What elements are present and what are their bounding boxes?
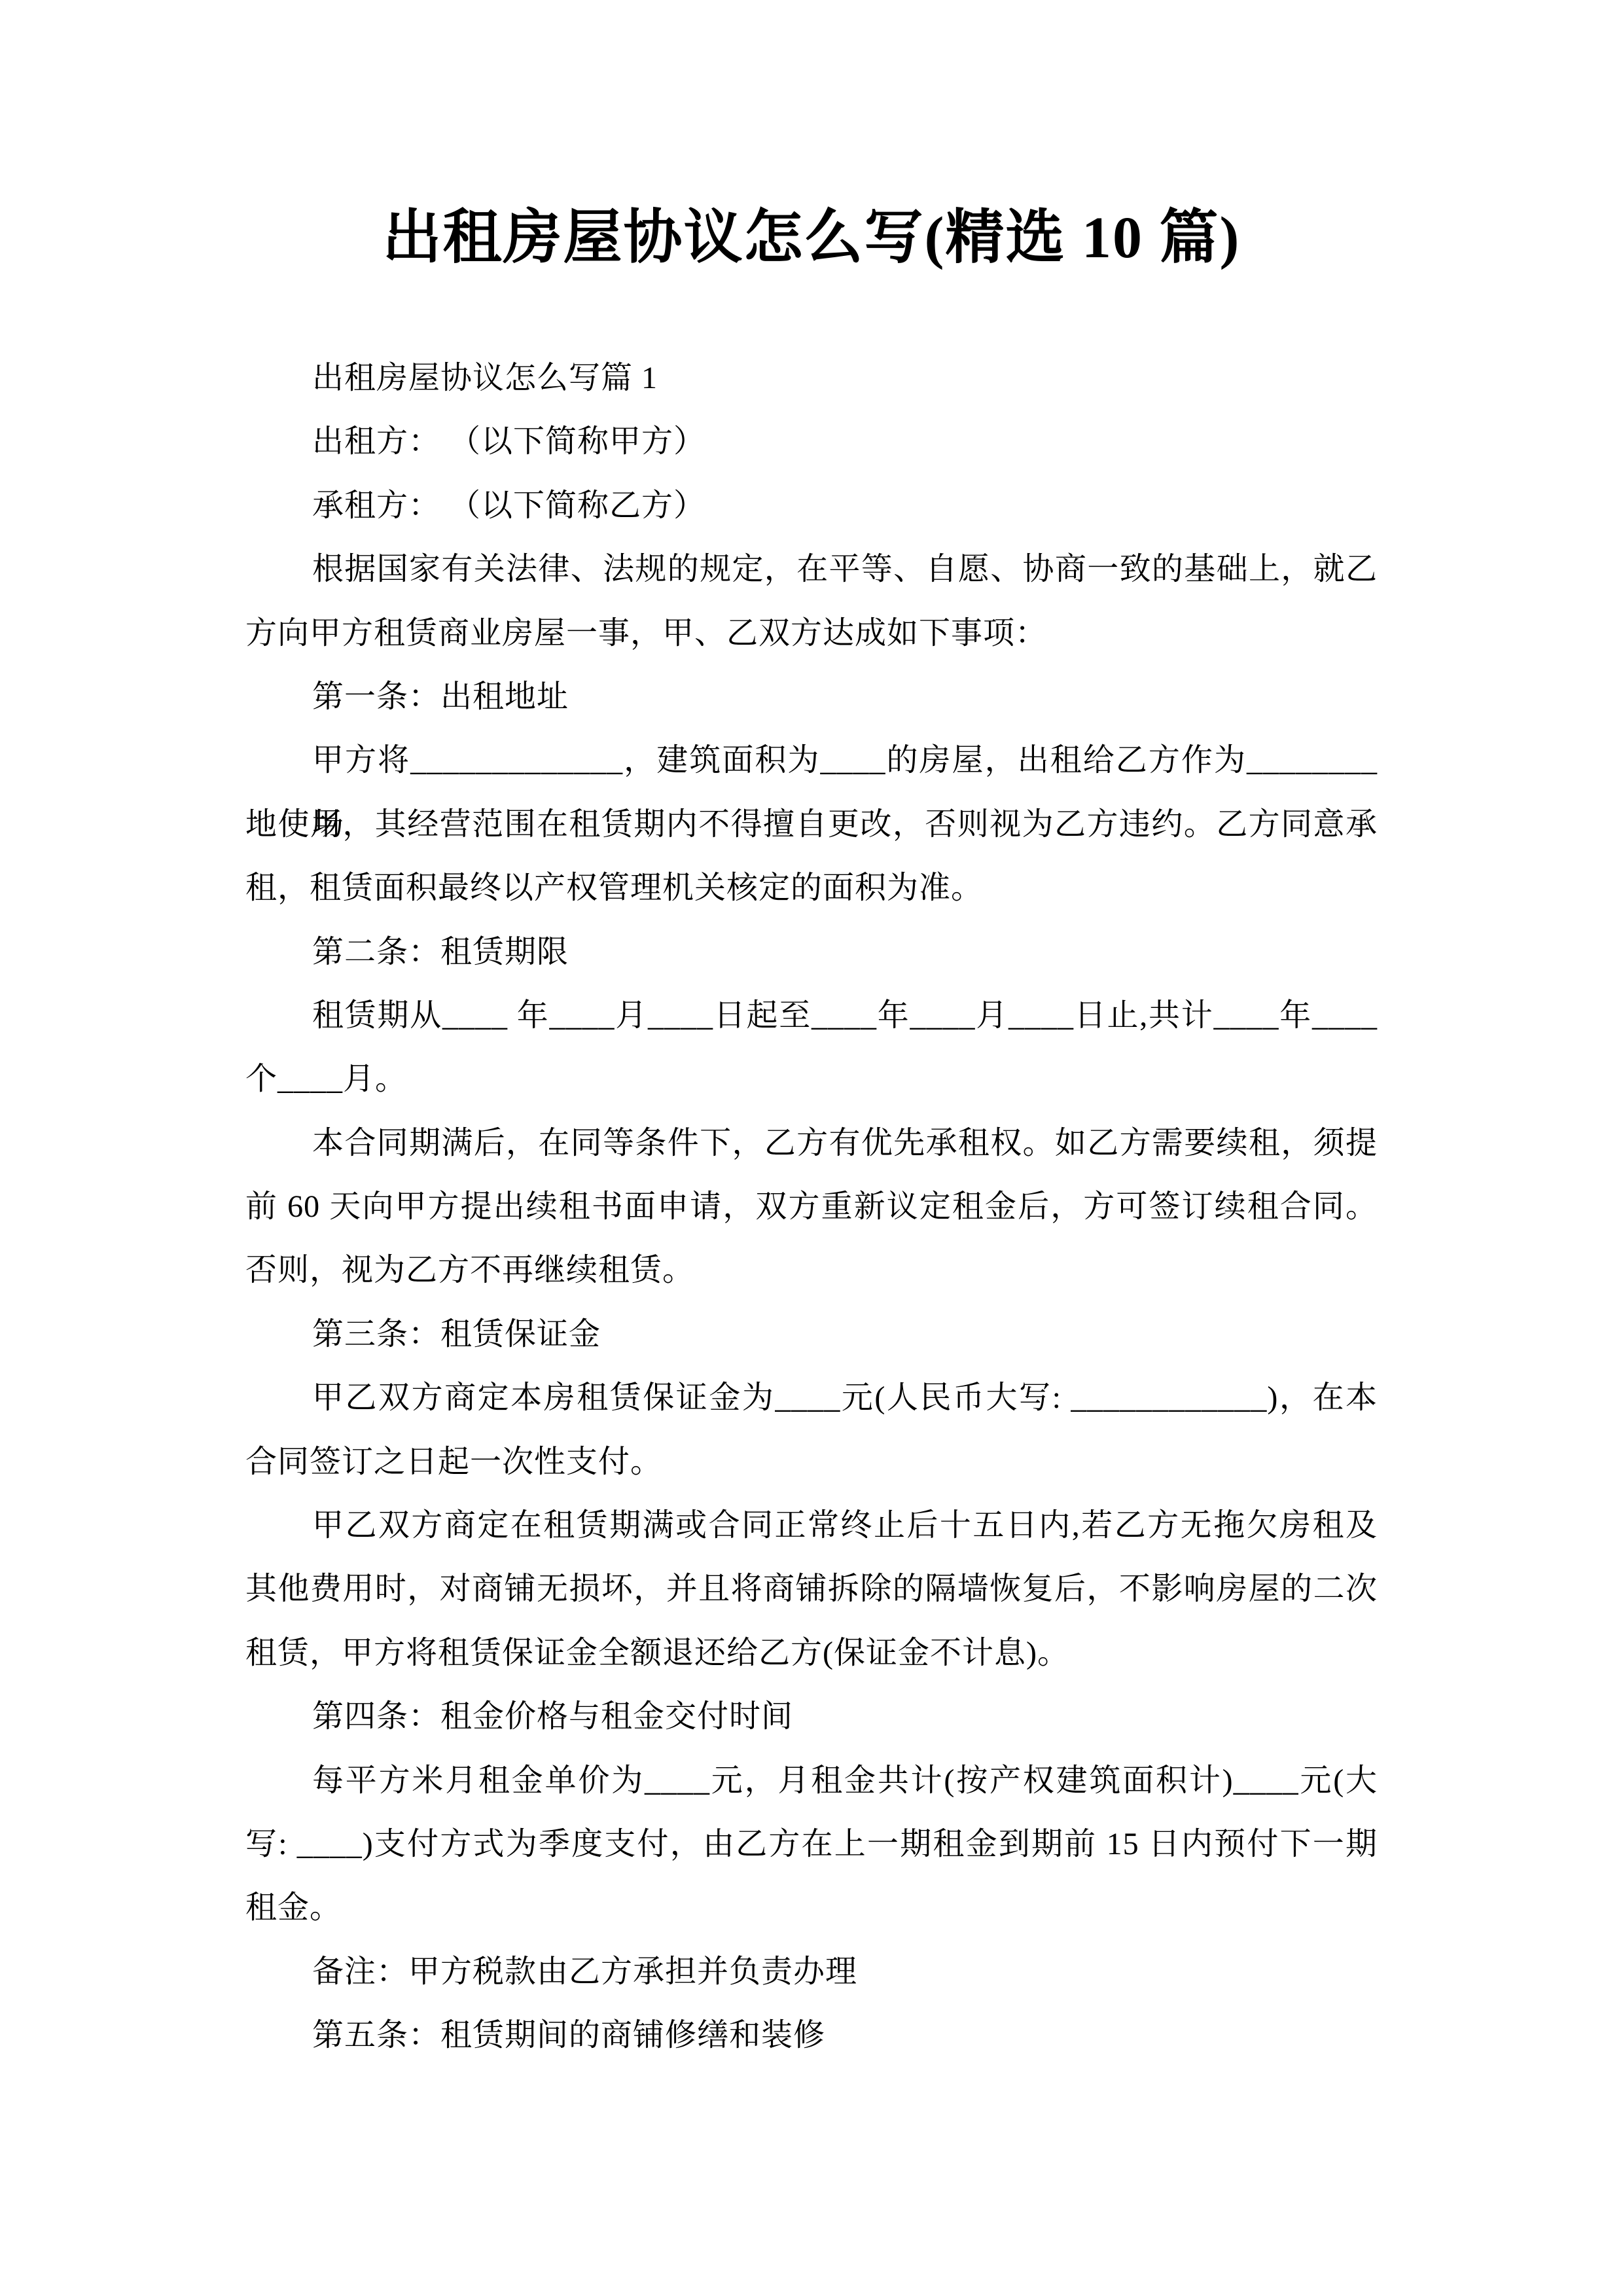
text-line: 甲乙双方商定本房租赁保证金为____元(人民币大写: ____________)… [245, 1366, 1378, 1429]
document-title: 出租房屋协议怎么写(精选 10 篇) [0, 207, 1623, 270]
text-line: 租，租赁面积最终以产权管理机关核定的面积为准。 [245, 856, 1378, 920]
text-line: 前 60 天向甲方提出续租书面申请，双方重新议定租金后，方可签订续租合同。 [245, 1175, 1378, 1238]
text-line: 第三条：租赁保证金 [245, 1302, 1378, 1366]
text-line: 其他费用时，对商铺无损坏，并且将商铺拆除的隔墙恢复后，不影响房屋的二次 [245, 1557, 1378, 1621]
text-line: 本合同期满后，在同等条件下，乙方有优先承租权。如乙方需要续租，须提 [245, 1111, 1378, 1175]
text-line: 租赁期从____ 年____月____日起至____年____月____日止,共… [245, 984, 1378, 1047]
text-line: 否则，视为乙方不再继续租赁。 [245, 1238, 1378, 1302]
text-line: 出租方： （以下简称甲方） [245, 410, 1378, 473]
page: 出租房屋协议怎么写(精选 10 篇) 出租房屋协议怎么写篇 1 出租方： （以下… [0, 0, 1623, 2296]
text-line: 甲乙双方商定在租赁期满或合同正常终止后十五日内,若乙方无拖欠房租及 [245, 1494, 1378, 1557]
text-line: 写: ____)支付方式为季度支付，由乙方在上一期租金到期前 15 日内预付下一… [245, 1812, 1378, 1876]
text-line: 出租房屋协议怎么写篇 1 [245, 346, 1378, 410]
text-line: 甲方将_____________，建筑面积为____的房屋，出租给乙方作为___… [245, 728, 1378, 792]
text-line: 每平方米月租金单价为____元，月租金共计(按产权建筑面积计)____元(大 [245, 1749, 1378, 1812]
text-line: 租金。 [245, 1876, 1378, 1939]
text-line: 承租方： （以下简称乙方） [245, 474, 1378, 537]
text-line: 第四条：租金价格与租金交付时间 [245, 1685, 1378, 1748]
text-line: 根据国家有关法律、法规的规定，在平等、自愿、协商一致的基础上，就乙 [245, 537, 1378, 601]
text-line: 地使用，其经营范围在租赁期内不得擅自更改，否则视为乙方违约。乙方同意承 [245, 793, 1378, 856]
text-line: 第一条：出租地址 [245, 665, 1378, 728]
text-line: 备注：甲方税款由乙方承担并负责办理 [245, 1940, 1378, 2003]
text-line: 第五条：租赁期间的商铺修缮和装修 [245, 2003, 1378, 2067]
text-line: 个____月。 [245, 1047, 1378, 1111]
text-line: 租赁，甲方将租赁保证金全额退还给乙方(保证金不计息)。 [245, 1621, 1378, 1685]
text-line: 第二条：租赁期限 [245, 920, 1378, 984]
text-line: 方向甲方租赁商业房屋一事，甲、乙双方达成如下事项： [245, 601, 1378, 665]
document-body: 出租房屋协议怎么写篇 1 出租方： （以下简称甲方） 承租方： （以下简称乙方）… [245, 346, 1378, 2068]
text-line: 合同签订之日起一次性支付。 [245, 1430, 1378, 1494]
